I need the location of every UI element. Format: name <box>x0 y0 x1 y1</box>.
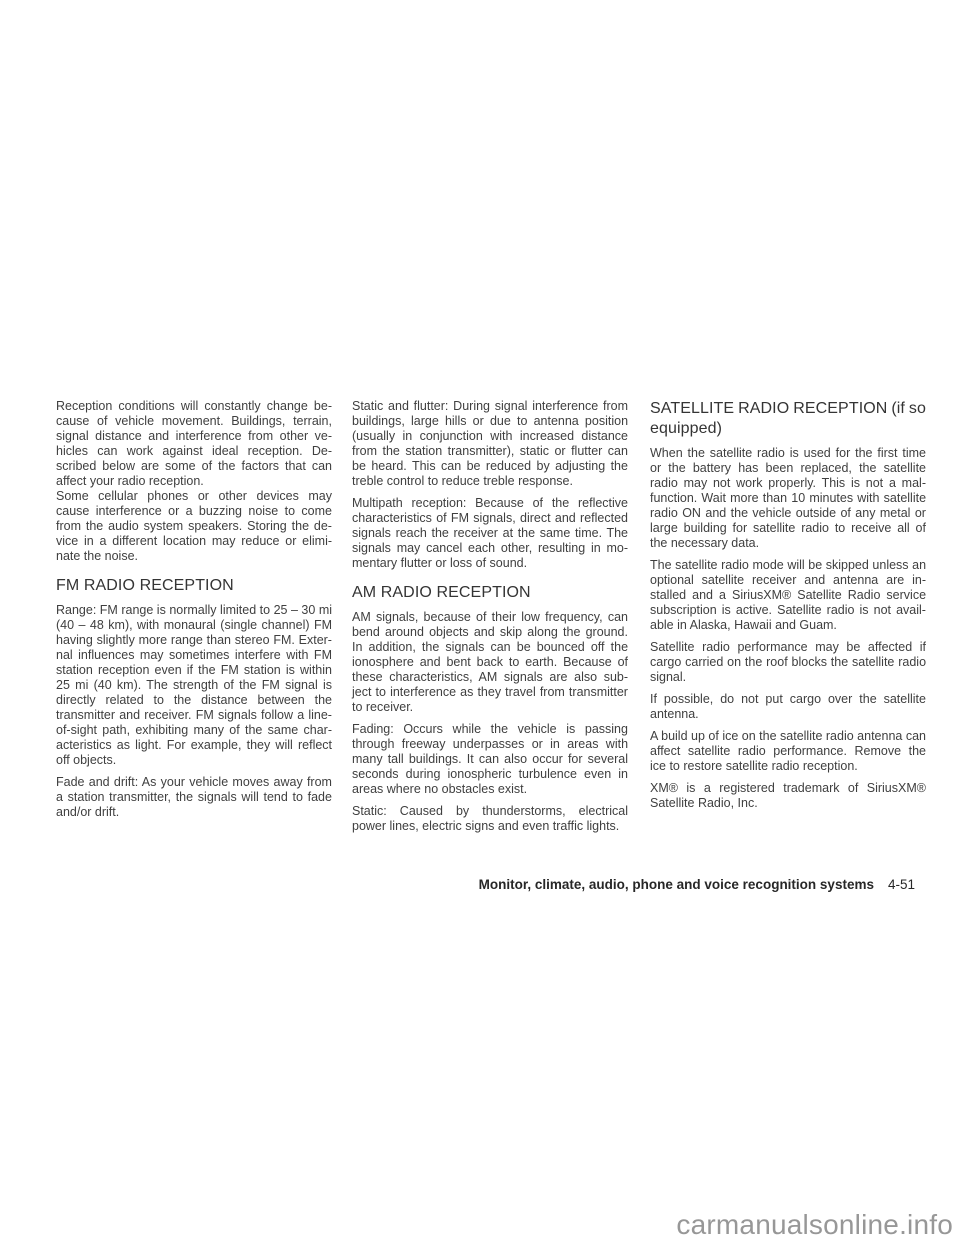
section-heading-line: FM RADIO RECEPTION <box>56 576 332 596</box>
body-text-line: treble control to reduce treble response… <box>352 474 628 489</box>
body-text-line: these characteristics, AM signals are al… <box>352 670 628 685</box>
body-text-line: nate the noise. <box>56 549 332 564</box>
footer-page-number: 4-51 <box>888 877 915 892</box>
body-text-line: In addition, the signals can be bounced … <box>352 640 628 655</box>
body-text-line: cause of vehicle movement. Buildings, te… <box>56 414 332 429</box>
body-text-line: power lines, electric signs and even tra… <box>352 819 628 834</box>
body-text-line: bend around objects and skip along the g… <box>352 625 628 640</box>
body-text-line: off objects. <box>56 753 332 768</box>
paragraph: Fading: Occurs while the vehicle is pass… <box>352 722 628 797</box>
body-text-line: seconds during ionospheric turbulence ev… <box>352 767 628 782</box>
body-text-line: subscription is active. Satellite radio … <box>650 603 926 618</box>
body-text-line: (40 – 48 km), with monaural (single chan… <box>56 618 332 633</box>
section-heading: AM RADIO RECEPTION <box>352 583 628 603</box>
body-text-line: radio ON and the vehicle outside of any … <box>650 506 926 521</box>
paragraph: Reception conditions will constantly cha… <box>56 399 332 489</box>
body-text-line: If possible, do not put cargo over the s… <box>650 692 926 707</box>
body-text-line: antenna. <box>650 707 926 722</box>
body-text-line: mentary flutter or loss of sound. <box>352 556 628 571</box>
body-text-line: scribed below are some of the factors th… <box>56 459 332 474</box>
body-text-line: Satellite radio performance may be affec… <box>650 640 926 655</box>
body-text-line: able in Alaska, Hawaii and Guam. <box>650 618 926 633</box>
body-text-line: having slightly more range than stereo F… <box>56 633 332 648</box>
body-text-line: many tall buildings. It can also occur f… <box>352 752 628 767</box>
paragraph: If possible, do not put cargo over the s… <box>650 692 926 722</box>
body-text-line: ject to interference as they travel from… <box>352 685 628 700</box>
body-text-line: or the battery has been replaced, the sa… <box>650 461 926 476</box>
body-text-line: signal. <box>650 670 926 685</box>
body-text-line: from the audio system speakers. Storing … <box>56 519 332 534</box>
body-text-line: through freeway underpasses or in areas … <box>352 737 628 752</box>
body-text-line: radio may not work properly. This is not… <box>650 476 926 491</box>
body-text-line: areas where no obstacles exist. <box>352 782 628 797</box>
body-text-line: and/or drift. <box>56 805 332 820</box>
body-text-line: Static: Caused by thunderstorms, electri… <box>352 804 628 819</box>
body-text-line: large building for satellite radio to re… <box>650 521 926 536</box>
section-heading-line: AM RADIO RECEPTION <box>352 583 628 603</box>
paragraph: A build up of ice on the satellite radio… <box>650 729 926 774</box>
body-text-line: Some cellular phones or other devices ma… <box>56 489 332 504</box>
manual-page: Reception conditions will constantly cha… <box>0 0 960 1242</box>
paragraph: Static and flutter: During signal interf… <box>352 399 628 489</box>
body-text-line: transmitter and receiver. FM signals fol… <box>56 708 332 723</box>
text-column-middle: Static and flutter: During signal interf… <box>352 399 628 834</box>
page-footer: Monitor, climate, audio, phone and voice… <box>479 877 915 892</box>
body-text-line: signals may cancel each other, resulting… <box>352 541 628 556</box>
paragraph: AM signals, because of their low frequen… <box>352 610 628 715</box>
body-text-line: nal influences may sometimes interfere w… <box>56 648 332 663</box>
section-heading-line: SATELLITE RADIO RECEPTION (if so <box>650 399 926 419</box>
body-text-line: function. Wait more than 10 minutes with… <box>650 491 926 506</box>
body-text-line: Static and flutter: During signal interf… <box>352 399 628 414</box>
body-text-line: directly related to the distance between… <box>56 693 332 708</box>
body-text-line: characteristics of FM signals, direct an… <box>352 511 628 526</box>
paragraph: Multipath reception: Because of the refl… <box>352 496 628 571</box>
body-text-line: ice to restore satellite radio reception… <box>650 759 926 774</box>
body-text-line: affect satellite radio performance. Remo… <box>650 744 926 759</box>
body-text-line: signal distance and interference from ot… <box>56 429 332 444</box>
paragraph: Fade and drift: As your vehicle moves aw… <box>56 775 332 820</box>
body-text-line: Fading: Occurs while the vehicle is pass… <box>352 722 628 737</box>
paragraph: The satellite radio mode will be skipped… <box>650 558 926 633</box>
body-text-line: Fade and drift: As your vehicle moves aw… <box>56 775 332 790</box>
watermark-text: carmanualsonline.info <box>676 1209 953 1241</box>
paragraph: When the satellite radio is used for the… <box>650 446 926 551</box>
body-text-line: stalled and a SiriusXM® Satellite Radio … <box>650 588 926 603</box>
body-text-line: be heard. This can be reduced by adjusti… <box>352 459 628 474</box>
body-text-line: vice in a different location may reduce … <box>56 534 332 549</box>
paragraph: Static: Caused by thunderstorms, electri… <box>352 804 628 834</box>
body-text-line: of-sight path, exhibiting many of the sa… <box>56 723 332 738</box>
body-text-line: Reception conditions will constantly cha… <box>56 399 332 414</box>
body-text-line: station reception even if the FM station… <box>56 663 332 678</box>
body-text-line: cause interference or a buzzing noise to… <box>56 504 332 519</box>
body-text-line: AM signals, because of their low frequen… <box>352 610 628 625</box>
body-text-line: Satellite Radio, Inc. <box>650 796 926 811</box>
body-text-line: (usually in conjunction with increased d… <box>352 429 628 444</box>
body-text-line: affect your radio reception. <box>56 474 332 489</box>
body-text-line: The satellite radio mode will be skipped… <box>650 558 926 573</box>
body-text-line: Multipath reception: Because of the refl… <box>352 496 628 511</box>
body-text-line: acteristics as light. For example, they … <box>56 738 332 753</box>
body-text-line: signals reach the receiver at the same t… <box>352 526 628 541</box>
paragraph: XM® is a registered trademark of SiriusX… <box>650 781 926 811</box>
paragraph: Satellite radio performance may be affec… <box>650 640 926 685</box>
body-text-line: from the station transmitter), static or… <box>352 444 628 459</box>
body-text-line: to receiver. <box>352 700 628 715</box>
body-text-line: A build up of ice on the satellite radio… <box>650 729 926 744</box>
body-text-line: hicles can work against ideal reception.… <box>56 444 332 459</box>
body-text-line: buildings, large hills or due to antenna… <box>352 414 628 429</box>
body-text-line: cargo carried on the roof blocks the sat… <box>650 655 926 670</box>
body-text-line: optional satellite receiver and antenna … <box>650 573 926 588</box>
text-column-right: SATELLITE RADIO RECEPTION (if soequipped… <box>650 399 926 811</box>
body-text-line: 25 mi (40 km). The strength of the FM si… <box>56 678 332 693</box>
body-text-line: ionosphere and bent back to earth. Becau… <box>352 655 628 670</box>
section-heading: FM RADIO RECEPTION <box>56 576 332 596</box>
paragraph: Some cellular phones or other devices ma… <box>56 489 332 564</box>
body-text-line: XM® is a registered trademark of SiriusX… <box>650 781 926 796</box>
body-text-line: the necessary data. <box>650 536 926 551</box>
section-heading: SATELLITE RADIO RECEPTION (if soequipped… <box>650 399 926 439</box>
footer-section-title: Monitor, climate, audio, phone and voice… <box>479 877 874 892</box>
body-text-line: Range: FM range is normally limited to 2… <box>56 603 332 618</box>
text-column-left: Reception conditions will constantly cha… <box>56 399 332 820</box>
body-text-line: a station transmitter, the signals will … <box>56 790 332 805</box>
paragraph: Range: FM range is normally limited to 2… <box>56 603 332 768</box>
body-text-line: When the satellite radio is used for the… <box>650 446 926 461</box>
section-heading-line: equipped) <box>650 419 926 439</box>
